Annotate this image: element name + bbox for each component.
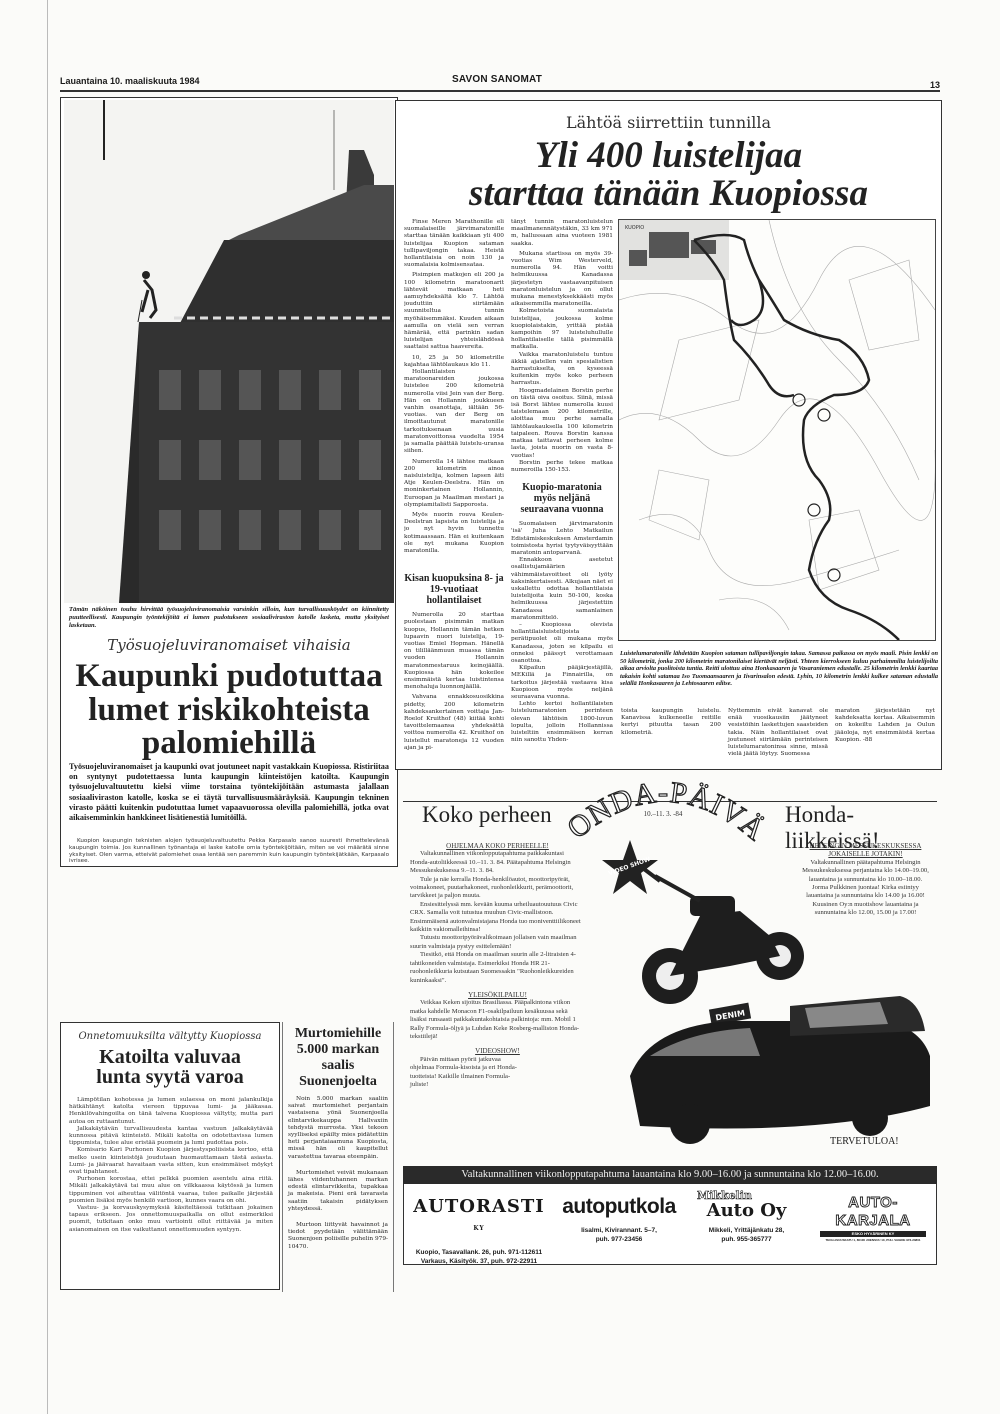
roofs-headline: Katoilta valuvaa lunta syytä varoa: [61, 1047, 279, 1088]
article-snow-removal: Tämän näköinen touhu hirvittää työsuojel…: [60, 97, 398, 867]
section-heading: OHJELMAA KOKO PERHEELLE!: [410, 842, 585, 850]
skating-tail-2: Nyttemmin eivät kanavat ole enää vuosika…: [728, 708, 828, 758]
skating-column-1: Finse Meren Marathonille eli suomalaisei…: [404, 219, 504, 759]
roofs-kicker: Onnetomuuksilta vältytty Kuopiossa: [61, 1031, 279, 1042]
burglary-body: Noin 5.000 markan saaliin saivat murtomi…: [288, 1096, 388, 1251]
page-number: 13: [930, 80, 940, 90]
column-divider: [47, 0, 48, 1414]
dealer-logo: AUTORASTI: [413, 1196, 544, 1217]
map-caption-text: Luistelumaratonille lähdetään Kuopion sa…: [620, 650, 938, 688]
dealer-logo: Auto Oy: [689, 1202, 804, 1220]
skating-tail-3: maraton järjestetään nyt kahdeksatta ker…: [835, 708, 935, 744]
section-heading: HELSINGIN MESSUKESKUKSESSA JOKAISELLE JO…: [798, 842, 933, 859]
skating-tail-1: toista kaupungin luistelu. Kanavissa kul…: [621, 708, 721, 737]
skating-kicker: Lähtöä siirrettiin tunnilla: [396, 113, 941, 132]
snow-kicker: Työsuojeluviranomaiset vihaisia: [61, 636, 397, 654]
welcome-text: TERVETULOA!: [830, 1136, 899, 1147]
dealer-logo: AUTO-KARJALA: [814, 1194, 932, 1230]
burglary-headline: Murtomiehille 5.000 markan saalis Suonen…: [283, 1026, 393, 1090]
article-burglary: Murtomiehille 5.000 markan saalis Suonen…: [282, 1022, 394, 1292]
section-heading: VIDEOSHOW!: [410, 1047, 585, 1055]
rooftop-photo: [64, 100, 394, 603]
article-falling-snow: Onnetomuuksilta vältytty Kuopiossa Katoi…: [60, 1022, 280, 1290]
snow-body: Kuopion kaupungin teknisten alojen työsu…: [69, 838, 389, 862]
skating-route-map-graphic: KUOPIO: [619, 220, 935, 640]
skating-headline: Yli 400 luistelijaa starttaa tänään Kuop…: [396, 137, 941, 213]
masthead: Lauantaina 10. maaliskuuta 1984 SAVON SA…: [60, 74, 940, 92]
building-roof-illustration: [64, 100, 394, 603]
subhead-youngest: Kisan kuopuksina 8- ja 19-vuotiaat holla…: [404, 573, 504, 606]
section-heading: YLEISÖKILPAILU!: [410, 991, 585, 999]
newspaper-name: SAVON SANOMAT: [452, 74, 542, 85]
dealer-autoputkola: autoputkola Iisalmi, Kivirannant. 5–7, p…: [559, 1196, 679, 1244]
dealer-logo: autoputkola: [559, 1196, 679, 1218]
roofs-body: Lämpötilan kohotessa ja lumen sulaessa o…: [69, 1097, 273, 1234]
dealer-auto-karjala: AUTO-KARJALA ESKO HYVÄRINEN KY TEOLLISUU…: [814, 1194, 932, 1242]
event-dates: 10.–11. 3. -84: [644, 810, 683, 818]
issue-date: Lauantaina 10. maaliskuuta 1984: [60, 76, 200, 86]
honda-days-advertisement: Koko perheen HONDA-PÄIVÄT 10.–11. 3. -84…: [400, 776, 940, 1286]
snow-headline: Kaupunki pudotuttaa lumet riskikohteista…: [61, 660, 397, 761]
photo-caption: Tämän näköinen touhu hirvittää työsuojel…: [69, 606, 389, 630]
weekend-event-banner: Valtakunnallinen viikonlopputapahtuma la…: [403, 1166, 937, 1184]
dealer-strip: AUTORASTI KY Kuopio, Tasavallank. 26, pu…: [403, 1184, 937, 1265]
route-map: KUOPIO: [618, 219, 936, 641]
subhead-future-years: Kuopio-maratonia myös neljänä seuraavana…: [511, 482, 613, 515]
honda-paivat-arc-logo: HONDA-PÄIVÄT 10.–11. 3. -84: [555, 772, 775, 852]
dealer-autorasti: AUTORASTI KY Kuopio, Tasavallank. 26, pu…: [404, 1196, 554, 1266]
ad-left-copy: OHJELMAA KOKO PERHEELLE! Valtakunnalline…: [410, 842, 585, 1089]
ad-right-copy: HELSINGIN MESSUKESKUKSESSA JOKAISELLE JO…: [798, 842, 933, 918]
snow-lede: Työsuojeluviranomaiset ja kaupunki ovat …: [69, 762, 389, 823]
dealer-mikkelin-auto: Mikkelin Auto Oy Mikkeli, Yrittäjänkatu …: [689, 1190, 804, 1244]
map-city-label: KUOPIO: [625, 225, 644, 231]
skating-column-2: tänyt tunnin maratonluistelun maailmanen…: [511, 219, 613, 759]
ad-left-title: Koko perheen: [422, 802, 552, 828]
